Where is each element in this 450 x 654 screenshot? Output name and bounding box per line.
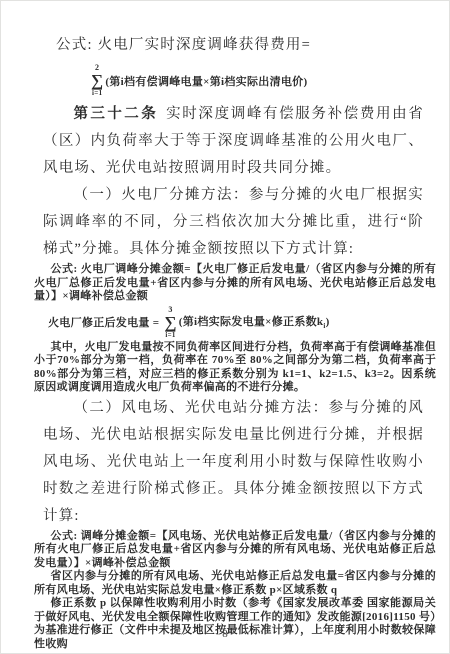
small-formula-renewable-share: 公式: 调峰分摊金额=【风电场、光伏电站修正后发电量/（省区内参与分摊的所有火电…	[34, 530, 436, 571]
item-1-paragraph: （一）火电厂分摊方法：参与分摊的火电厂根据实际调峰率的不同，分三档依次加大分摊比…	[43, 182, 424, 263]
sigma-icon: ∑	[164, 314, 176, 331]
formula-expression: (第i档有偿调峰电量×第i档实际出清电价)	[105, 73, 307, 89]
note-tier-coefficients: 其中，火电厂发电量按不同负荷率区间进行分档，负荷率高于有偿调峰基准但小于70%部…	[34, 341, 436, 395]
sigma-icon: ∑	[91, 72, 103, 89]
formula-corrected-generation: 火电厂修正后发电量 = 3 ∑ i=1 (第i档实际发电量×修正系数ki)	[48, 306, 449, 339]
formula-intro-line: 公式: 火电厂实时深度调峰获得费用=	[43, 32, 424, 59]
formula-lhs: 火电厂修正后发电量 =	[48, 314, 159, 330]
small-formula-thermal-share: 公式: 火电厂调峰分摊金额=【火电厂修正后发电量/（省区内参与分摊的所有火电厂总…	[34, 263, 436, 304]
page-number: 8	[1, 628, 449, 640]
item-2-paragraph: （二）风电场、光伏电站分摊方法：参与分摊的风电场、光伏电站根据实际发电量比例进行…	[43, 395, 424, 530]
formula-expression: (第i档实际发电量×修正系数ki)	[179, 313, 330, 330]
summation-symbol: 2 ∑ i=1	[91, 64, 103, 97]
document-page: 公式: 火电厂实时深度调峰获得费用= 2 ∑ i=1 (第i档有偿调峰电量×第i…	[0, 0, 450, 654]
summation-symbol: 3 ∑ i=1	[164, 306, 176, 339]
small-formula-renewable-total: 省区内参与分摊的所有风电场、光伏电站修正后总发电量=省区内参与分摊的所有风电场、…	[34, 570, 436, 597]
note-correction-coefficient-p: 修正系数 p 以保障性收购利用小时数（参考《国家发展改革委 国家能源局关于做好风…	[34, 597, 436, 651]
article-32-paragraph: 第三十二条实时深度调峰有偿服务补偿费用由省（区）内负荷率大于等于深度调峰基准的公…	[43, 101, 424, 182]
sum-lower-limit: i=1	[92, 89, 102, 97]
article-number: 第三十二条	[73, 106, 158, 122]
formula-realtime-fee: 2 ∑ i=1 (第i档有偿调峰电量×第i档实际出清电价)	[89, 64, 449, 97]
sum-lower-limit: i=1	[165, 331, 175, 339]
